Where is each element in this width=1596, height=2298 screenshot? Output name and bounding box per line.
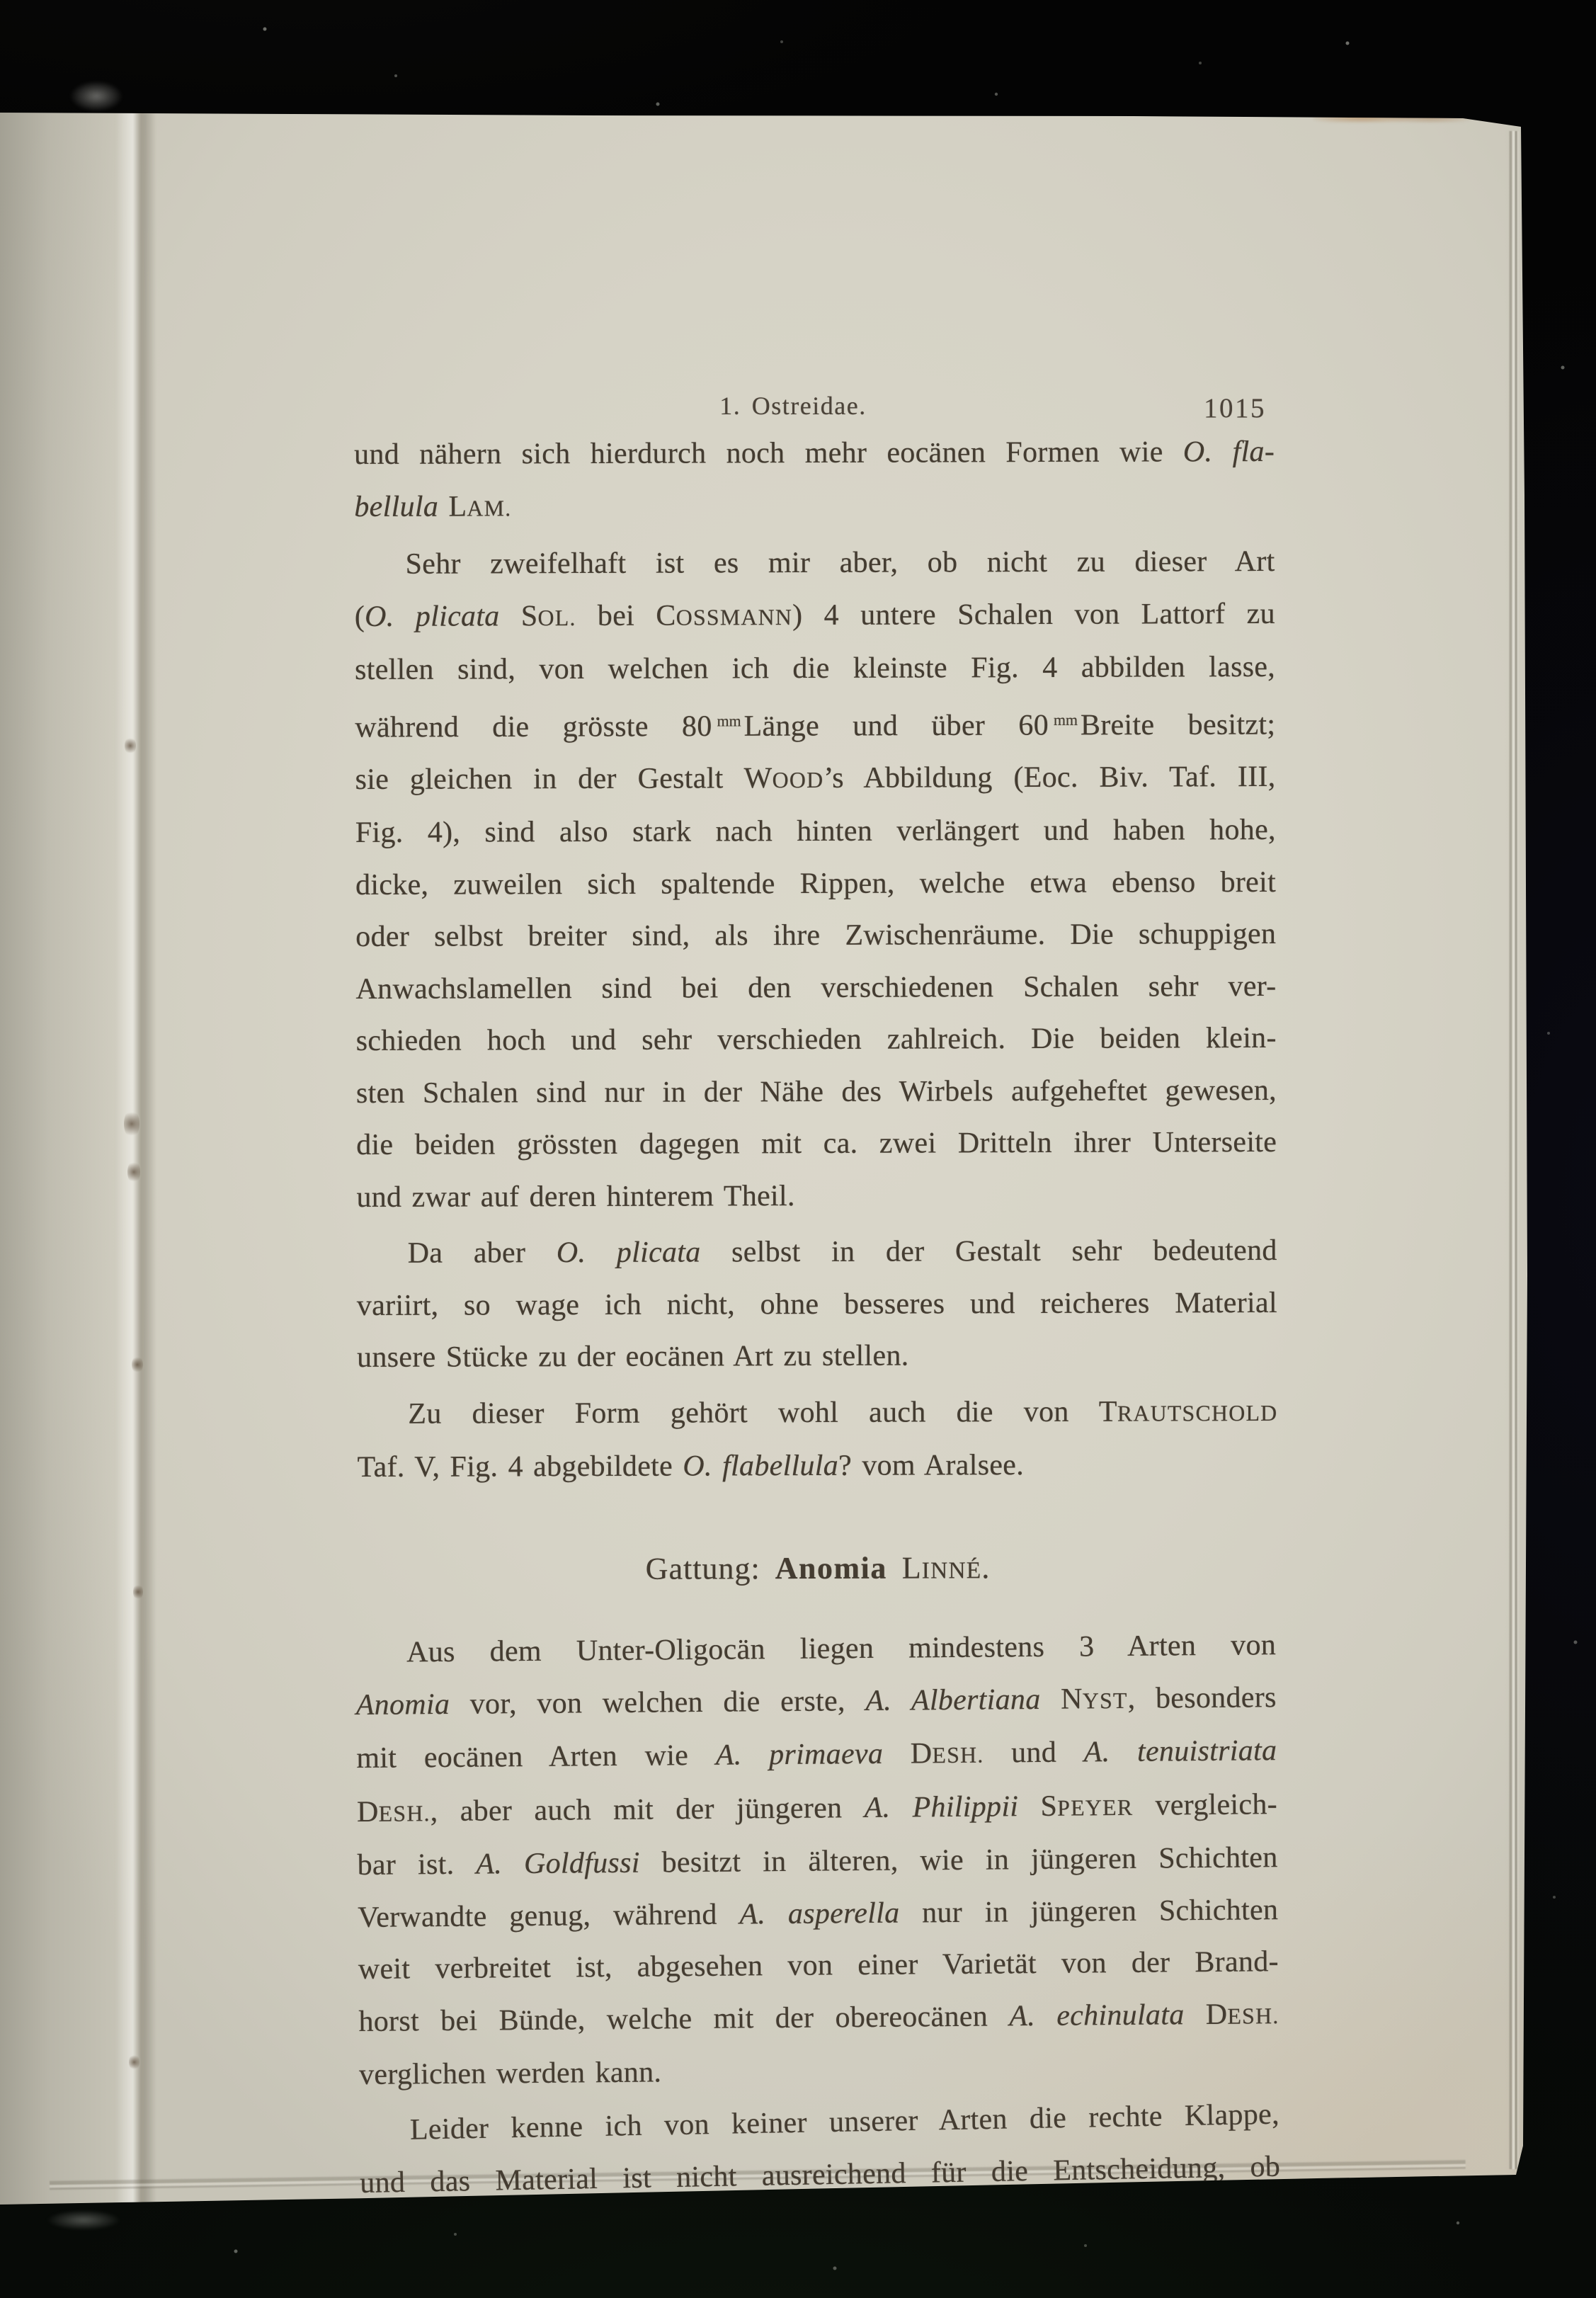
paragraph: und nähern sich hierdurch noch mehr eocä… [354, 426, 1275, 535]
text-line: Zu dieser Form gehört wohl auch die von … [357, 1385, 1277, 1442]
page-number: 1015 [1204, 392, 1266, 424]
paragraph: Zu dieser Form gehört wohl auch die von … [357, 1385, 1277, 1494]
text-line: sie gleichen in der Gestalt WOOD’s Abbil… [355, 751, 1275, 807]
text-line: Anomia vor, von welchen die erste, A. Al… [355, 1671, 1277, 1732]
dust-specks [0, 0, 1, 1]
text-line: Aus dem Unter-Oligocän liegen mindestens… [355, 1620, 1277, 1679]
text-line: Verwandte genug, während A. asperella nu… [358, 1884, 1279, 1943]
running-header: 1. Ostreidae. [354, 391, 1232, 421]
text-line: die beiden grössten dagegen mit ca. zwei… [356, 1117, 1277, 1172]
dust-smudge [39, 2207, 138, 2234]
paper-damage-spot [124, 1109, 139, 1139]
dust-smudge [61, 74, 132, 115]
text-line: dicke, zuweilen sich spaltende Rippen, w… [355, 856, 1276, 911]
gutter-crease [115, 113, 166, 2205]
text-line: weit verbreitet ist, abgesehen von einer… [358, 1936, 1279, 1996]
text-line: während die grösste 80mmLänge und über 6… [355, 693, 1275, 753]
genus-heading: Gattung: Anomia LINNÉ. [358, 1540, 1278, 1598]
paragraph: Da aber O. plicata selbst in der Gestalt… [357, 1225, 1278, 1384]
text-line: Taf. V, Fig. 4 abgebildete O. flabellula… [357, 1439, 1277, 1494]
text-line: (O. plicata SOL. bei COSSMANN) 4 untere … [355, 588, 1275, 644]
text-line: bar ist. A. Goldfussi besitzt in älteren… [357, 1832, 1278, 1892]
text-line: und nähern sich hierdurch noch mehr eocä… [354, 426, 1275, 482]
text-line: horst bei Bünde, welche mit der obereocä… [358, 1988, 1279, 2049]
text-line: und zwar auf deren hinterem Theil. [356, 1168, 1277, 1224]
scanned-book-photo: 1. Ostreidae. 1015 und nähern sich hierd… [0, 0, 1596, 2298]
text-line: oder selbst breiter sind, als ihre Zwisc… [355, 909, 1276, 964]
paper-damage-spot [133, 1583, 143, 1600]
paper-damage-spot [127, 1160, 140, 1184]
book-page: 1. Ostreidae. 1015 und nähern sich hierd… [0, 0, 1596, 2298]
text-line: Anwachslamellen sind bei den verschieden… [355, 960, 1276, 1016]
page-stack-edge-right [1507, 131, 1522, 2169]
text-line: mit eocänen Arten wie A. primaeva DESH. … [356, 1725, 1277, 1786]
paragraph: Leider kenne ich von keiner unserer Arte… [358, 2089, 1280, 2209]
text-line: unsere Stücke zu der eocänen Art zu stel… [357, 1329, 1277, 1384]
paper-damage-spot [132, 1355, 143, 1374]
paragraph: Aus dem Unter-Oligocän liegen mindestens… [355, 1620, 1280, 2101]
paper-damage-spot [129, 2054, 139, 2071]
text-line: Fig. 4), sind also stark nach hinten ver… [355, 804, 1276, 860]
text-line: variirt, so wage ich nicht, ohne bessere… [357, 1277, 1277, 1332]
edge-stain [1313, 110, 1475, 123]
text-line: schieden hoch und sehr verschieden zahlr… [356, 1013, 1277, 1068]
text-line: stellen sind, von welchen ich die kleins… [355, 642, 1275, 697]
paragraph: Sehr zweifelhaft ist es mir aber, ob nic… [354, 536, 1277, 1224]
text-line: Sehr zweifelhaft ist es mir aber, ob nic… [354, 536, 1275, 591]
text-line: Da aber O. plicata selbst in der Gestalt… [357, 1225, 1277, 1280]
text-line: bellula LAM. [354, 478, 1275, 535]
text-line: sten Schalen sind nur in der Nähe des Wi… [356, 1064, 1277, 1120]
text-line: DESH., aber auch mit der jüngeren A. Phi… [357, 1778, 1278, 1839]
text-block: und nähern sich hierdurch noch mehr eocä… [354, 426, 1280, 2209]
paper-damage-spot [125, 736, 136, 755]
